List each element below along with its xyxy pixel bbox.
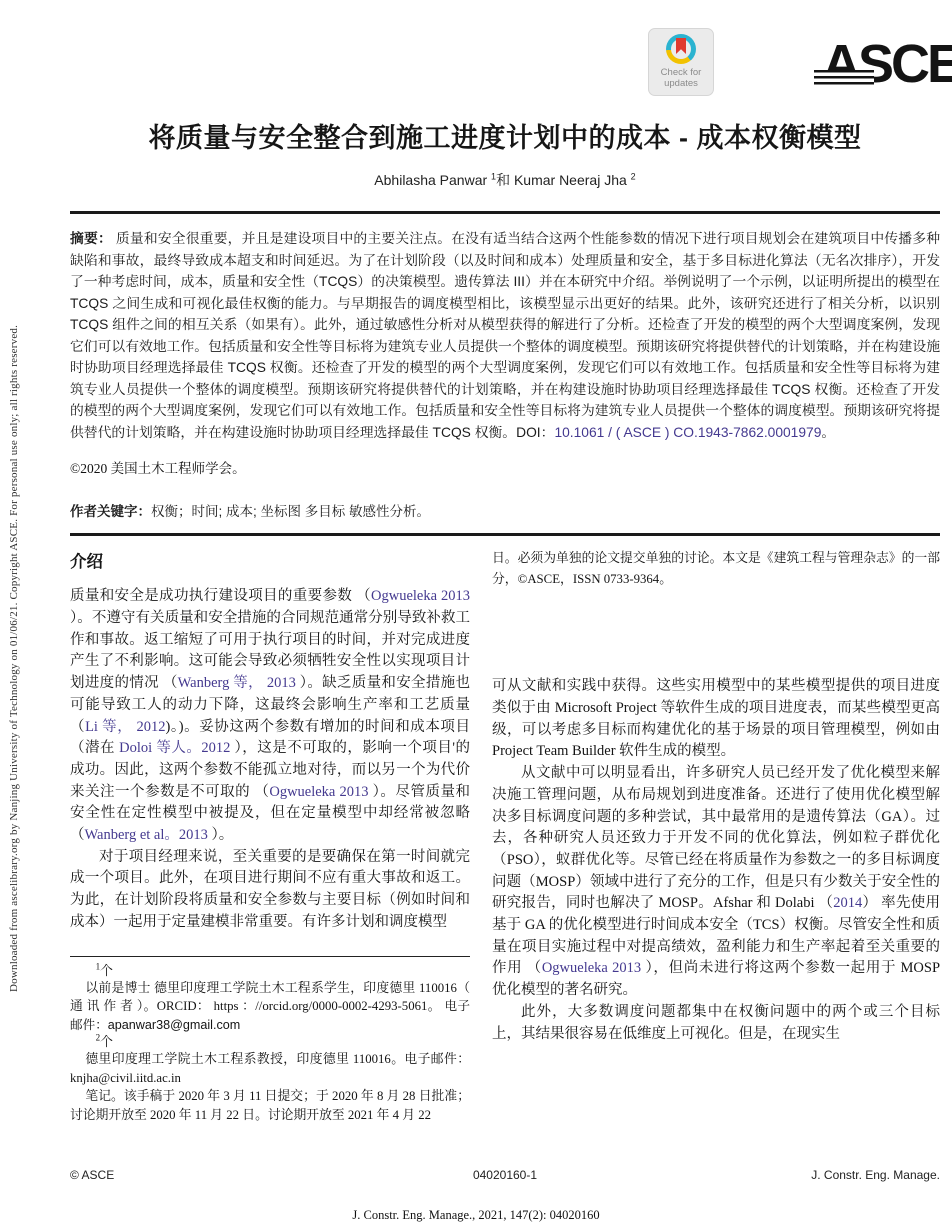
footnote-block: 1个 以前是博士 德里印度理工学院土木工程系学生，印度德里 110016（ 通 … [70, 956, 470, 1125]
citation-link[interactable]: Li 等， 2012 [85, 719, 165, 735]
footnote-1-text: 以前是博士 德里印度理工学院土木工程系学生，印度德里 110016（ 通 讯 作… [70, 979, 470, 1035]
asce-logo-text: ASCE [822, 34, 952, 94]
asce-logo: ASCE [822, 34, 952, 96]
asce-logo-stripes-icon [814, 70, 874, 85]
left-column: 介绍 质量和安全是成功执行建设项目的重要参数 （Ogwueleka 2013 ）… [70, 546, 470, 1124]
journal-paper-page: { "sidebar": { "text": "Downloaded from … [0, 0, 952, 1232]
intro-paragraph-2: 对于项目经理来说，至关重要的是要确保在第一时间就完成一个项目。此外，在项目进行期… [70, 847, 470, 934]
check-for-updates-label: Check for updates [661, 67, 702, 89]
download-watermark: Downloaded from ascelibrary.org by Nanji… [8, 222, 20, 992]
bottom-citation: J. Constr. Eng. Manage., 2021, 147(2): 0… [0, 1208, 952, 1223]
intro-paragraph-1: 质量和安全是成功执行建设项目的重要参数 （Ogwueleka 2013 ）。不遵… [70, 586, 470, 846]
footer-copyright: © ASCE [70, 1168, 357, 1182]
footer-journal-name: J. Constr. Eng. Manage. [653, 1168, 940, 1182]
citation-link[interactable]: Ogwueleka 2013 [542, 960, 641, 976]
divider-mid [70, 533, 940, 536]
body-paragraph-2: 从文献中可以明显看出，许多研究人员已经开发了优化模型来解决施工管理问题，从布局规… [492, 763, 940, 1002]
citation-link[interactable]: Ogwueleka 2013 [371, 588, 470, 604]
page-footer: © ASCE 04020160-1 J. Constr. Eng. Manage… [70, 1168, 940, 1182]
abstract-copyright: ©2020 美国土木工程师学会。 [70, 457, 940, 477]
right-column: 日。必须为单独的论文提交单独的讨论。本文是《建筑工程与管理杂志》的一部分，©AS… [492, 546, 940, 1124]
author-keywords: 作者关键字：权衡；时间; 成本; 坐标图 多目标 敏感性分析。 [70, 500, 940, 520]
crossmark-icon [666, 34, 696, 64]
body-paragraph-1: 可从文献和实践中获得。这些实用模型中的某些模型提供的项目进度类似于由 Micro… [492, 676, 940, 763]
footnote-2-text: 德里印度理工学院土木工程系教授，印度德里 110016。电子邮件： knjha@… [70, 1050, 470, 1087]
two-column-body: 介绍 质量和安全是成功执行建设项目的重要参数 （Ogwueleka 2013 ）… [70, 546, 940, 1124]
citation-link[interactable]: 2014 [833, 895, 862, 911]
body-paragraph-3: 此外，大多数调度问题都集中在权衡问题中的两个或三个目标上，其结果很容易在低维度上… [492, 1002, 940, 1045]
note-continuation: 日。必须为单独的论文提交单独的讨论。本文是《建筑工程与管理杂志》的一部分，©AS… [492, 548, 940, 590]
citation-link[interactable]: Ogwueleka 2013 [269, 784, 368, 800]
page-content: Check for updates ASCE 将质量与安全整合到施工进度计划中的… [70, 0, 940, 1124]
citation-link[interactable]: Wanberg et al。2013 [85, 827, 208, 843]
footnote-1-marker: 1个 [70, 963, 470, 979]
citation-link[interactable]: 10.1061 / ( ASCE ) CO.1943-7862.0001979 [554, 425, 821, 440]
authors-line: Abhilasha Panwar 1和 Kumar Neeraj Jha 2 [70, 170, 940, 190]
footnote-2-marker: 2个 [70, 1034, 470, 1050]
footer-page-number: 04020160-1 [357, 1168, 653, 1182]
manuscript-note: 笔记。该手稿于 2020 年 3 月 11 日提交；于 2020 年 8 月 2… [70, 1087, 470, 1124]
bookmark-icon [676, 38, 686, 54]
divider-top [70, 211, 940, 214]
paper-title: 将质量与安全整合到施工进度计划中的成本 - 成本权衡模型 [70, 0, 940, 155]
citation-link[interactable]: Doloi 等人。2012 [119, 740, 230, 756]
footnote-separator [70, 956, 470, 957]
check-for-updates-badge[interactable]: Check for updates [648, 28, 714, 96]
abstract-paragraph: 摘要： 质量和安全很重要，并且是建设项目中的主要关注点。在没有适当结合这两个性能… [70, 228, 940, 443]
introduction-heading: 介绍 [70, 548, 470, 572]
citation-link[interactable]: Wanberg 等， 2013 [178, 675, 296, 691]
